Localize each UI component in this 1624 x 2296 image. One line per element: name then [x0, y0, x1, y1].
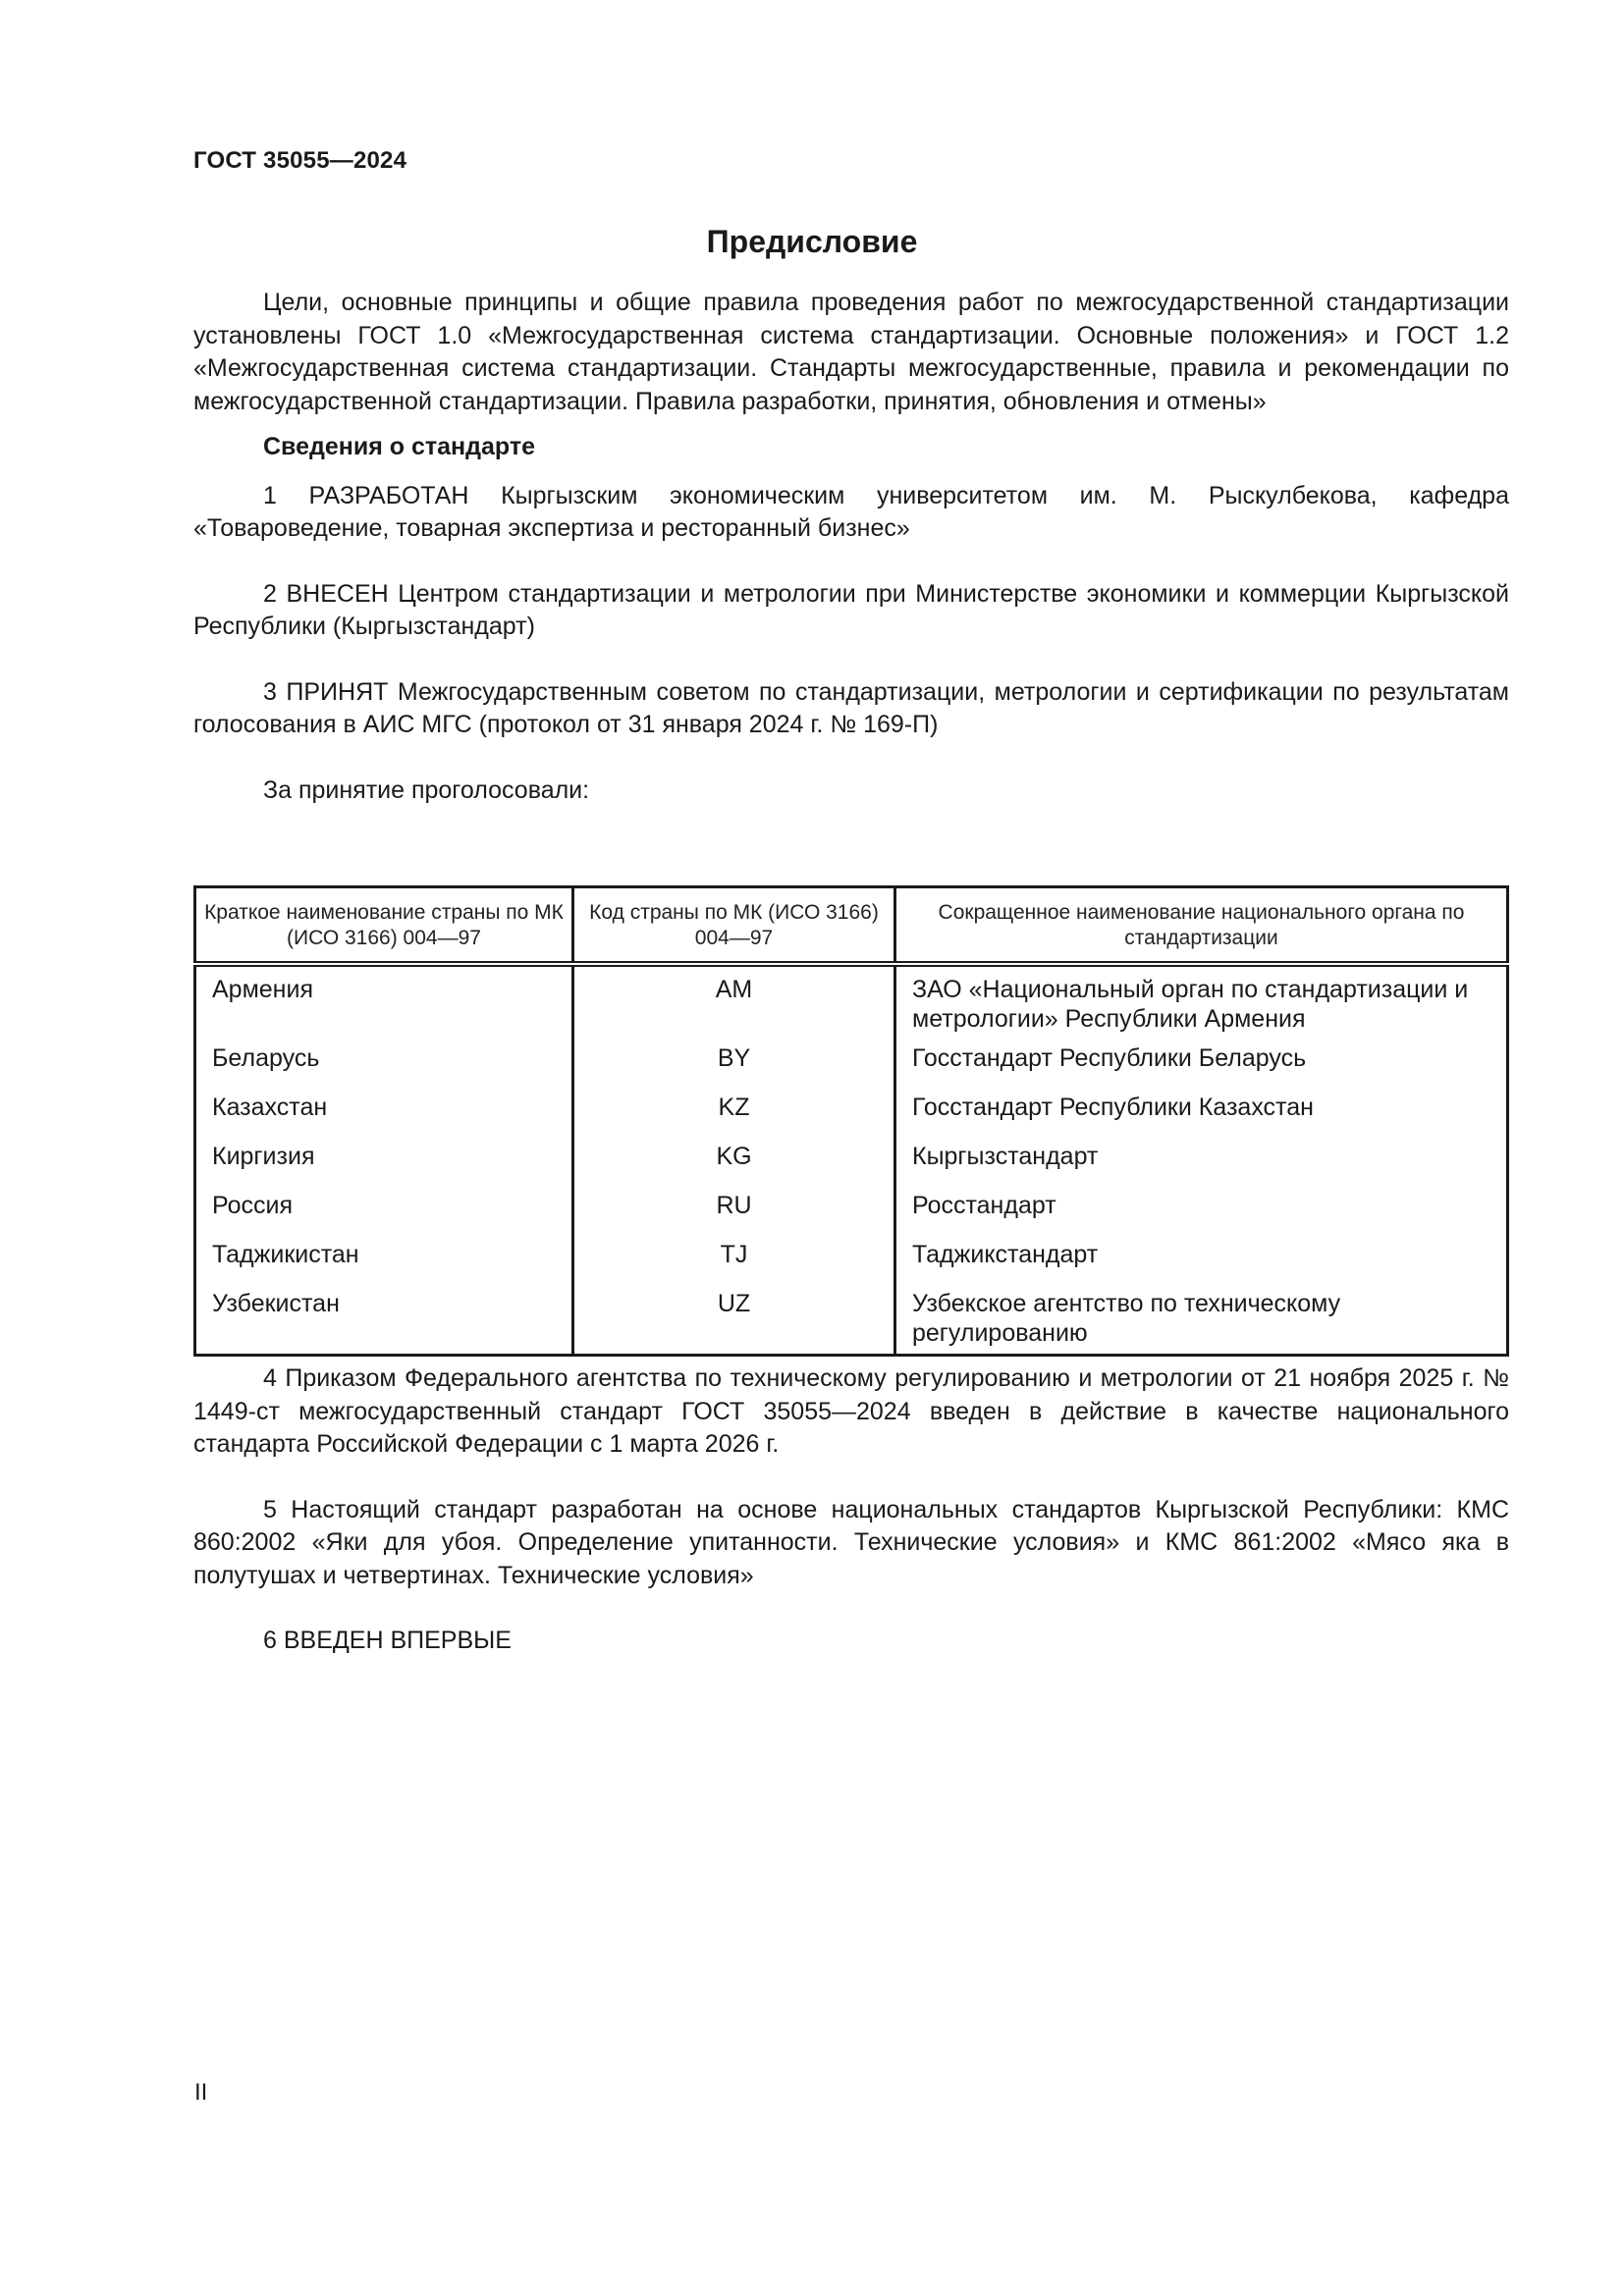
intro-paragraph: Цели, основные принципы и общие правила …	[193, 287, 1509, 418]
cell-body: Таджикстандарт	[895, 1234, 1508, 1283]
table-body: АрменияAMЗАО «Национальный орган по стан…	[195, 964, 1508, 1356]
cell-body: Росстандарт	[895, 1185, 1508, 1234]
cell-body: Узбекское агентство по техническому регу…	[895, 1283, 1508, 1356]
cell-country: Киргизия	[195, 1136, 573, 1185]
foreword-body-after-table: 4 Приказом Федерального агентства по тех…	[193, 1362, 1509, 1658]
cell-country: Беларусь	[195, 1038, 573, 1087]
cell-code: KZ	[573, 1087, 895, 1136]
page-number: II	[194, 2079, 207, 2107]
cell-code: BY	[573, 1038, 895, 1087]
vote-label: За принятие проголосовали:	[193, 774, 1509, 808]
table-header-row: Краткое наименование страны по МК (ИСО 3…	[195, 887, 1508, 965]
table-row: ТаджикистанTJТаджикстандарт	[195, 1234, 1508, 1283]
table-row: УзбекистанUZУзбекское агентство по техни…	[195, 1283, 1508, 1356]
info-item-1: 1 РАЗРАБОТАН Кыргызским экономическим ун…	[193, 480, 1509, 546]
cell-country: Казахстан	[195, 1087, 573, 1136]
table-row: КиргизияKGКыргызстандарт	[195, 1136, 1508, 1185]
cell-code: AM	[573, 964, 895, 1038]
table-row: КазахстанKZГосстандарт Республики Казахс…	[195, 1087, 1508, 1136]
info-item-2: 2 ВНЕСЕН Центром стандартизации и метрол…	[193, 578, 1509, 644]
cell-code: RU	[573, 1185, 895, 1234]
table-row: БеларусьBYГосстандарт Республики Беларус…	[195, 1038, 1508, 1087]
cell-code: TJ	[573, 1234, 895, 1283]
cell-body: Кыргызстандарт	[895, 1136, 1508, 1185]
section-heading: Сведения о стандарте	[193, 431, 1509, 464]
cell-country: Россия	[195, 1185, 573, 1234]
cell-country: Узбекистан	[195, 1283, 573, 1356]
page-title: Предисловие	[0, 224, 1624, 260]
cell-code: UZ	[573, 1283, 895, 1356]
header-body: Сокращенное наименование национального о…	[895, 887, 1508, 965]
table-row: РоссияRUРосстандарт	[195, 1185, 1508, 1234]
cell-body: ЗАО «Национальный орган по стандартизаци…	[895, 964, 1508, 1038]
info-item-3: 3 ПРИНЯТ Межгосударственным советом по с…	[193, 676, 1509, 742]
voting-countries-table: Краткое наименование страны по МК (ИСО 3…	[193, 885, 1509, 1357]
table-row: АрменияAMЗАО «Национальный орган по стан…	[195, 964, 1508, 1038]
foreword-body: Цели, основные принципы и общие правила …	[193, 287, 1509, 807]
cell-code: KG	[573, 1136, 895, 1185]
cell-body: Госстандарт Республики Казахстан	[895, 1087, 1508, 1136]
document-code-header: ГОСТ 35055—2024	[193, 147, 406, 175]
info-item-6: 6 ВВЕДЕН ВПЕРВЫЕ	[193, 1625, 1509, 1658]
header-code: Код страны по МК (ИСО 3166) 004—97	[573, 887, 895, 965]
header-country: Краткое наименование страны по МК (ИСО 3…	[195, 887, 573, 965]
info-item-5: 5 Настоящий стандарт разработан на основ…	[193, 1494, 1509, 1593]
cell-country: Таджикистан	[195, 1234, 573, 1283]
cell-body: Госстандарт Республики Беларусь	[895, 1038, 1508, 1087]
info-item-4: 4 Приказом Федерального агентства по тех…	[193, 1362, 1509, 1462]
cell-country: Армения	[195, 964, 573, 1038]
